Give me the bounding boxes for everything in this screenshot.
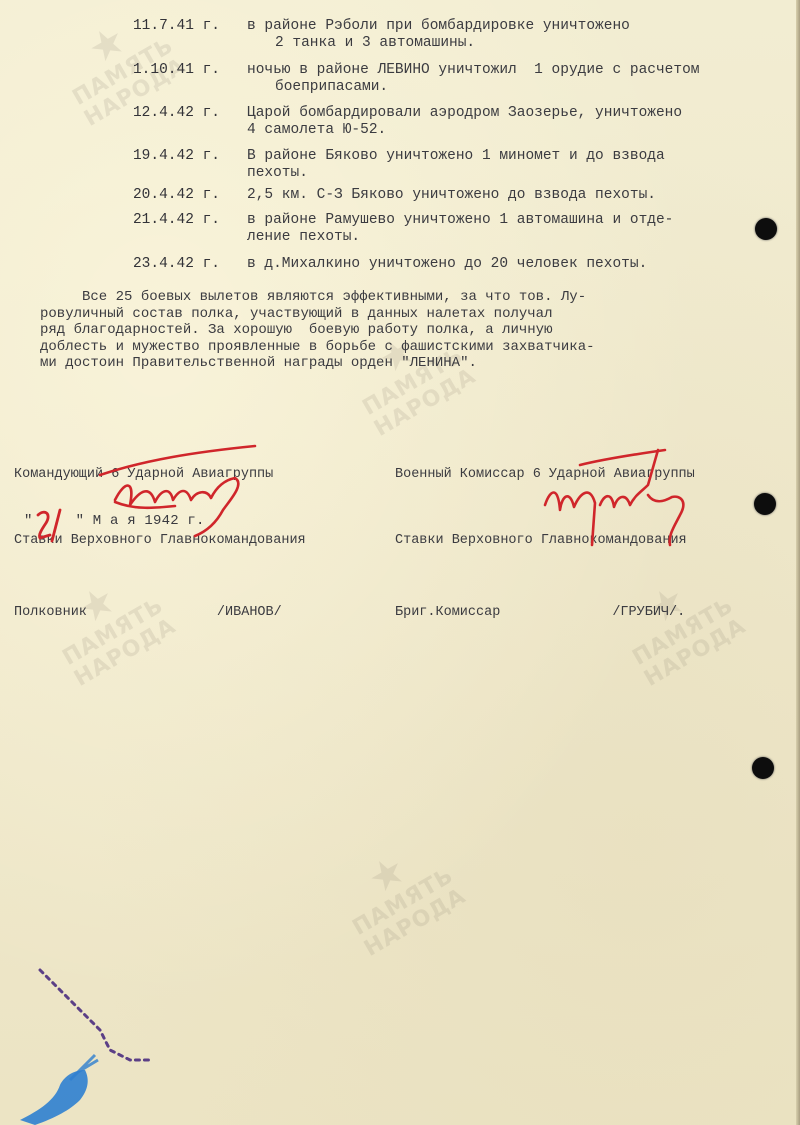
entry-line: в д.Михалкино уничтожено до 20 человек п… xyxy=(247,256,647,273)
entry-line: Царой бомбардировали аэродром Заозерье, … xyxy=(247,105,682,122)
paragraph-line: доблесть и мужество проявленные в борьбе… xyxy=(40,339,780,356)
right-rank: Бриг.Комиссар xyxy=(395,605,500,620)
paragraph-line: Все 25 боевых вылетов являются эффективн… xyxy=(40,289,780,306)
entry-line: боеприпасами. xyxy=(247,79,699,96)
entry-date: 1.10.41 г. xyxy=(95,62,220,78)
entry-date: 19.4.42 г. xyxy=(95,148,220,164)
entry-description: 2,5 км. С-З Бяково уничтожено до взвода … xyxy=(247,187,656,204)
paragraph-line: ровуличный состав полка, участвующий в д… xyxy=(40,306,780,323)
entry-line: 4 самолета Ю-52. xyxy=(247,122,682,139)
entry-date: 23.4.42 г. xyxy=(95,256,220,272)
punch-hole xyxy=(755,218,777,240)
right-name: /ГРУБИЧ/. xyxy=(612,605,685,620)
entry-date: 11.7.41 г. xyxy=(95,18,220,34)
paper-edge xyxy=(796,0,800,1125)
left-rank: Полковник xyxy=(14,605,87,620)
entry-description: в районе Рэболи при бомбардировке уничто… xyxy=(247,18,630,52)
grubich-signature xyxy=(540,455,700,555)
entry-line: 2 танка и 3 автомашины. xyxy=(247,35,630,52)
paragraph-line: ряд благодарностей. За хорошую боевую ра… xyxy=(40,322,780,339)
entry-description: в районе Рамушево уничтожено 1 автомашин… xyxy=(247,212,673,246)
entry-description: ночью в районе ЛЕВИНО уничтожил 1 орудие… xyxy=(247,62,699,96)
entry-line: В районе Бяково уничтожено 1 миномет и д… xyxy=(247,148,665,165)
blue-ink-mark xyxy=(0,960,180,1125)
paragraph-line: ми достоин Правительственной награды орд… xyxy=(40,355,780,372)
entry-line: в районе Рамушево уничтожено 1 автомашин… xyxy=(247,212,673,229)
entry-line: ночью в районе ЛЕВИНО уничтожил 1 орудие… xyxy=(247,62,699,79)
entry-date: 20.4.42 г. xyxy=(95,187,220,203)
summary-paragraph: Все 25 боевых вылетов являются эффективн… xyxy=(40,289,780,372)
entry-date: 12.4.42 г. xyxy=(95,105,220,121)
entry-description: В районе Бяково уничтожено 1 миномет и д… xyxy=(247,148,665,182)
entry-line: в районе Рэболи при бомбардировке уничто… xyxy=(247,18,630,35)
ivanov-signature xyxy=(95,440,265,550)
entry-line: 2,5 км. С-З Бяково уничтожено до взвода … xyxy=(247,187,656,204)
entry-line: ление пехоты. xyxy=(247,229,673,246)
left-name: /ИВАНОВ/ xyxy=(217,605,282,620)
handwritten-day xyxy=(30,505,70,545)
entry-description: Царой бомбардировали аэродром Заозерье, … xyxy=(247,105,682,139)
entry-description: в д.Михалкино уничтожено до 20 человек п… xyxy=(247,256,647,273)
entry-line: пехоты. xyxy=(247,165,665,182)
punch-hole xyxy=(754,493,776,515)
punch-hole xyxy=(752,757,774,779)
entry-date: 21.4.42 г. xyxy=(95,212,220,228)
